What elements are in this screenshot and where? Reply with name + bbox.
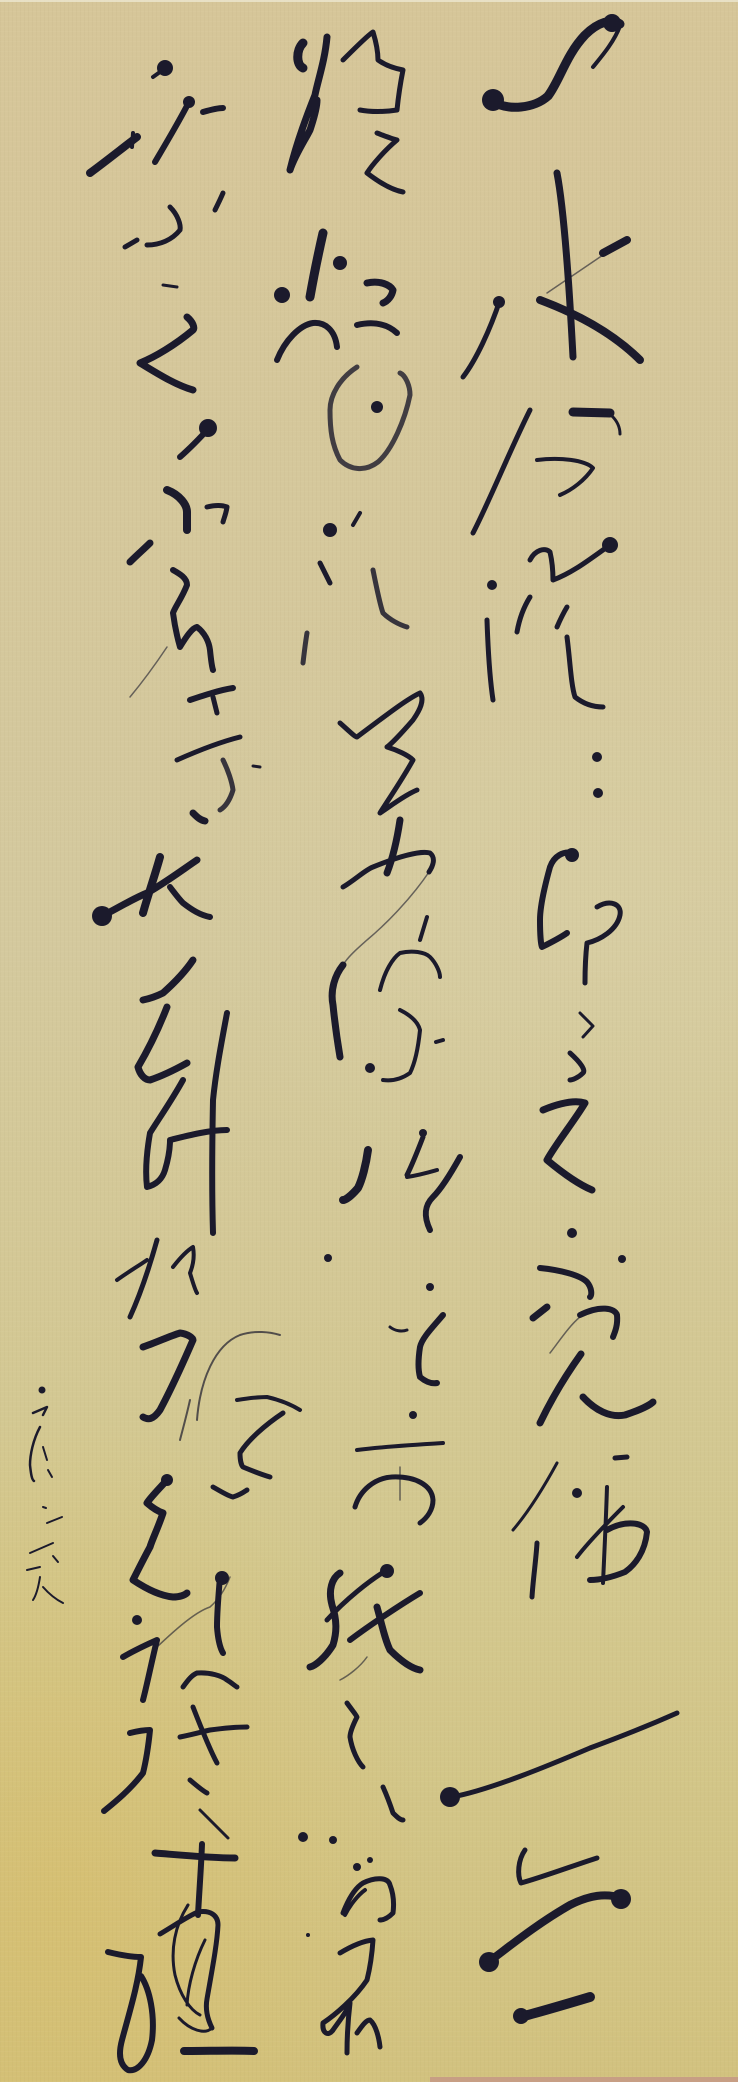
- scroll-bottom-edge: [430, 2077, 738, 2082]
- brush-stroke: [513, 1463, 557, 1530]
- ink-dot: [572, 1488, 582, 1498]
- ink-dot: [132, 1615, 142, 1625]
- ink-dot: [365, 1063, 375, 1073]
- ink-dot: [199, 419, 217, 437]
- brush-stroke: [355, 1477, 433, 1523]
- brush-stroke: [130, 647, 167, 697]
- brush-stroke: [143, 960, 193, 1000]
- brush-stroke: [53, 1556, 58, 1562]
- brush-stroke: [383, 1787, 403, 1820]
- brush-stroke: [570, 1053, 584, 1080]
- ink-dot: [426, 1283, 434, 1291]
- brush-stroke: [557, 173, 573, 357]
- brush-stroke: [343, 1150, 368, 1200]
- ink-dot: [603, 14, 621, 32]
- brush-stroke: [550, 1317, 580, 1353]
- brush-stroke: [463, 300, 500, 377]
- ink-dot: [618, 1255, 626, 1263]
- brush-stroke: [217, 1577, 223, 1653]
- ink-dot: [440, 1787, 460, 1807]
- brush-stroke: [138, 1007, 187, 1080]
- brush-stroke: [117, 1260, 147, 1280]
- brush-stroke: [170, 887, 210, 917]
- ink-dot: [92, 906, 112, 926]
- brush-stroke: [603, 240, 627, 253]
- brush-stroke: [353, 513, 360, 525]
- brush-stroke: [520, 1997, 590, 2017]
- brush-stroke: [43, 1447, 47, 1460]
- brush-stroke: [603, 1487, 607, 1583]
- brush-stroke: [387, 820, 400, 873]
- brush-stroke: [583, 1397, 653, 1416]
- ink-dot: [274, 287, 290, 303]
- calligraphy-column-right: [440, 14, 677, 2024]
- brush-stroke: [580, 1309, 617, 1337]
- brush-stroke: [323, 1940, 373, 2053]
- brush-stroke: [133, 1480, 187, 1597]
- brush-stroke: [237, 1397, 300, 1410]
- brush-stroke: [253, 766, 260, 767]
- brush-stroke: [357, 2020, 380, 2047]
- brush-stroke: [357, 323, 397, 333]
- brush-stroke: [320, 563, 330, 583]
- brush-stroke: [200, 1810, 228, 1838]
- brush-stroke: [532, 1543, 537, 1597]
- brush-stroke: [180, 1727, 247, 1737]
- brush-stroke: [490, 21, 620, 107]
- brush-stroke: [207, 506, 227, 523]
- brush-stroke: [367, 133, 403, 192]
- ink-dot: [592, 752, 602, 762]
- brush-stroke: [615, 1457, 627, 1458]
- brush-stroke: [163, 285, 177, 287]
- brush-stroke: [473, 410, 530, 533]
- brush-stroke: [48, 1470, 52, 1477]
- brush-stroke: [220, 760, 233, 810]
- ink-dot: [333, 256, 347, 270]
- artist-signature: [27, 1387, 63, 1604]
- brush-stroke: [573, 412, 610, 413]
- brush-stroke: [183, 1673, 237, 1687]
- ink-dot: [329, 1836, 337, 1844]
- brush-stroke: [577, 1507, 623, 1557]
- brush-stroke: [198, 1844, 202, 1915]
- calligraphy-column-middle: [274, 32, 460, 2053]
- brush-stroke: [90, 137, 137, 173]
- brush-stroke: [197, 1332, 280, 1420]
- brush-stroke: [167, 490, 187, 530]
- brush-stroke: [303, 633, 307, 663]
- brush-stroke: [123, 1640, 157, 1700]
- ink-dot: [183, 96, 195, 108]
- brush-stroke: [537, 459, 593, 495]
- brush-stroke: [30, 1427, 40, 1481]
- brush-stroke: [193, 813, 205, 821]
- brush-stroke: [345, 872, 429, 962]
- brush-stroke: [380, 952, 440, 990]
- brush-stroke: [540, 853, 573, 947]
- brush-stroke: [177, 737, 240, 760]
- brush-stroke: [298, 43, 303, 68]
- brush-stroke: [547, 255, 603, 293]
- brush-stroke: [310, 233, 323, 297]
- brush-stroke: [357, 1443, 443, 1450]
- brush-stroke: [330, 367, 410, 469]
- ink-dot: [353, 1863, 361, 1871]
- brush-stroke: [343, 32, 403, 112]
- brush-stroke: [390, 1327, 407, 1331]
- brush-stroke: [213, 1487, 247, 1497]
- brush-stroke: [153, 72, 160, 77]
- ink-dot: [324, 1254, 332, 1262]
- brush-stroke: [160, 1912, 218, 2028]
- brush-stroke: [277, 323, 337, 360]
- brush-stroke: [33, 1577, 40, 1600]
- brush-stroke: [543, 1102, 592, 1190]
- brush-stroke: [407, 1137, 423, 1175]
- brush-stroke: [215, 193, 223, 210]
- ink-dot: [380, 1564, 394, 1578]
- brush-stroke: [332, 965, 343, 1057]
- brush-stroke: [567, 637, 603, 707]
- ink-dot: [323, 523, 337, 537]
- brush-stroke: [540, 1354, 581, 1423]
- brush-stroke: [173, 570, 213, 670]
- brush-stroke: [367, 282, 393, 303]
- brush-stroke: [240, 1413, 283, 1477]
- brush-stroke: [213, 697, 217, 713]
- brush-stroke: [487, 620, 493, 700]
- ink-dot: [482, 89, 504, 111]
- brush-stroke: [452, 1713, 677, 1797]
- brush-stroke: [383, 1010, 420, 1080]
- ink-dot: [602, 537, 618, 553]
- brush-stroke: [540, 1268, 591, 1297]
- brush-stroke: [419, 1315, 444, 1383]
- ink-dot: [367, 1857, 373, 1863]
- paper-scroll: [0, 0, 738, 2082]
- brush-stroke: [585, 903, 620, 983]
- brush-stroke: [130, 543, 150, 562]
- brush-stroke: [593, 26, 620, 67]
- ink-dot: [487, 580, 497, 590]
- brush-stroke: [104, 1730, 150, 1811]
- ink-dot: [567, 1228, 577, 1238]
- brush-stroke: [27, 1567, 40, 1570]
- brush-stroke: [530, 543, 613, 580]
- brush-stroke: [347, 1703, 363, 1767]
- ink-dot: [371, 401, 383, 413]
- ink-dot: [298, 1832, 308, 1842]
- ink-dot: [39, 1387, 46, 1394]
- brush-stroke: [340, 1657, 367, 1680]
- ink-dot: [593, 788, 603, 798]
- calligraphy-artwork: [0, 0, 738, 2082]
- brush-stroke: [180, 1400, 190, 1440]
- brush-stroke: [130, 1240, 157, 1317]
- brush-stroke: [140, 317, 194, 390]
- ink-dot: [306, 1933, 310, 1937]
- brush-stroke: [33, 1407, 47, 1415]
- brush-stroke: [125, 240, 137, 247]
- brush-stroke: [155, 1853, 235, 1858]
- brush-stroke: [436, 1040, 443, 1042]
- calligraphy-column-left: [90, 60, 300, 2070]
- brush-stroke: [47, 1517, 62, 1523]
- brush-stroke: [420, 917, 427, 940]
- brush-stroke: [519, 1850, 597, 1883]
- brush-stroke: [612, 416, 620, 434]
- brush-stroke: [43, 1587, 63, 1603]
- brush-stroke: [487, 1895, 623, 1963]
- brush-stroke: [190, 1780, 207, 1793]
- brush-stroke: [203, 108, 223, 112]
- brush-stroke: [43, 1507, 46, 1508]
- brush-stroke: [580, 1013, 593, 1037]
- brush-stroke: [132, 133, 133, 147]
- brush-stroke: [540, 300, 640, 360]
- brush-stroke: [533, 1307, 547, 1318]
- brush-stroke: [426, 1157, 460, 1230]
- ink-dot: [479, 1952, 499, 1972]
- brush-stroke: [373, 570, 407, 627]
- brush-stroke: [143, 1333, 193, 1419]
- brush-stroke: [187, 1940, 205, 2005]
- brush-stroke: [155, 100, 190, 162]
- ink-dot: [409, 1411, 417, 1419]
- brush-stroke: [517, 597, 530, 632]
- brush-stroke: [343, 1879, 394, 1920]
- brush-stroke: [340, 693, 422, 813]
- brush-stroke: [147, 207, 180, 245]
- brush-stroke: [30, 1543, 53, 1553]
- brush-stroke: [108, 1952, 153, 2070]
- brush-stroke: [212, 1013, 227, 1233]
- ink-dot: [611, 1889, 631, 1909]
- ink-dot: [513, 2008, 529, 2024]
- brush-stroke: [173, 1247, 197, 1293]
- brush-stroke: [557, 607, 567, 627]
- ink-dot: [493, 296, 505, 308]
